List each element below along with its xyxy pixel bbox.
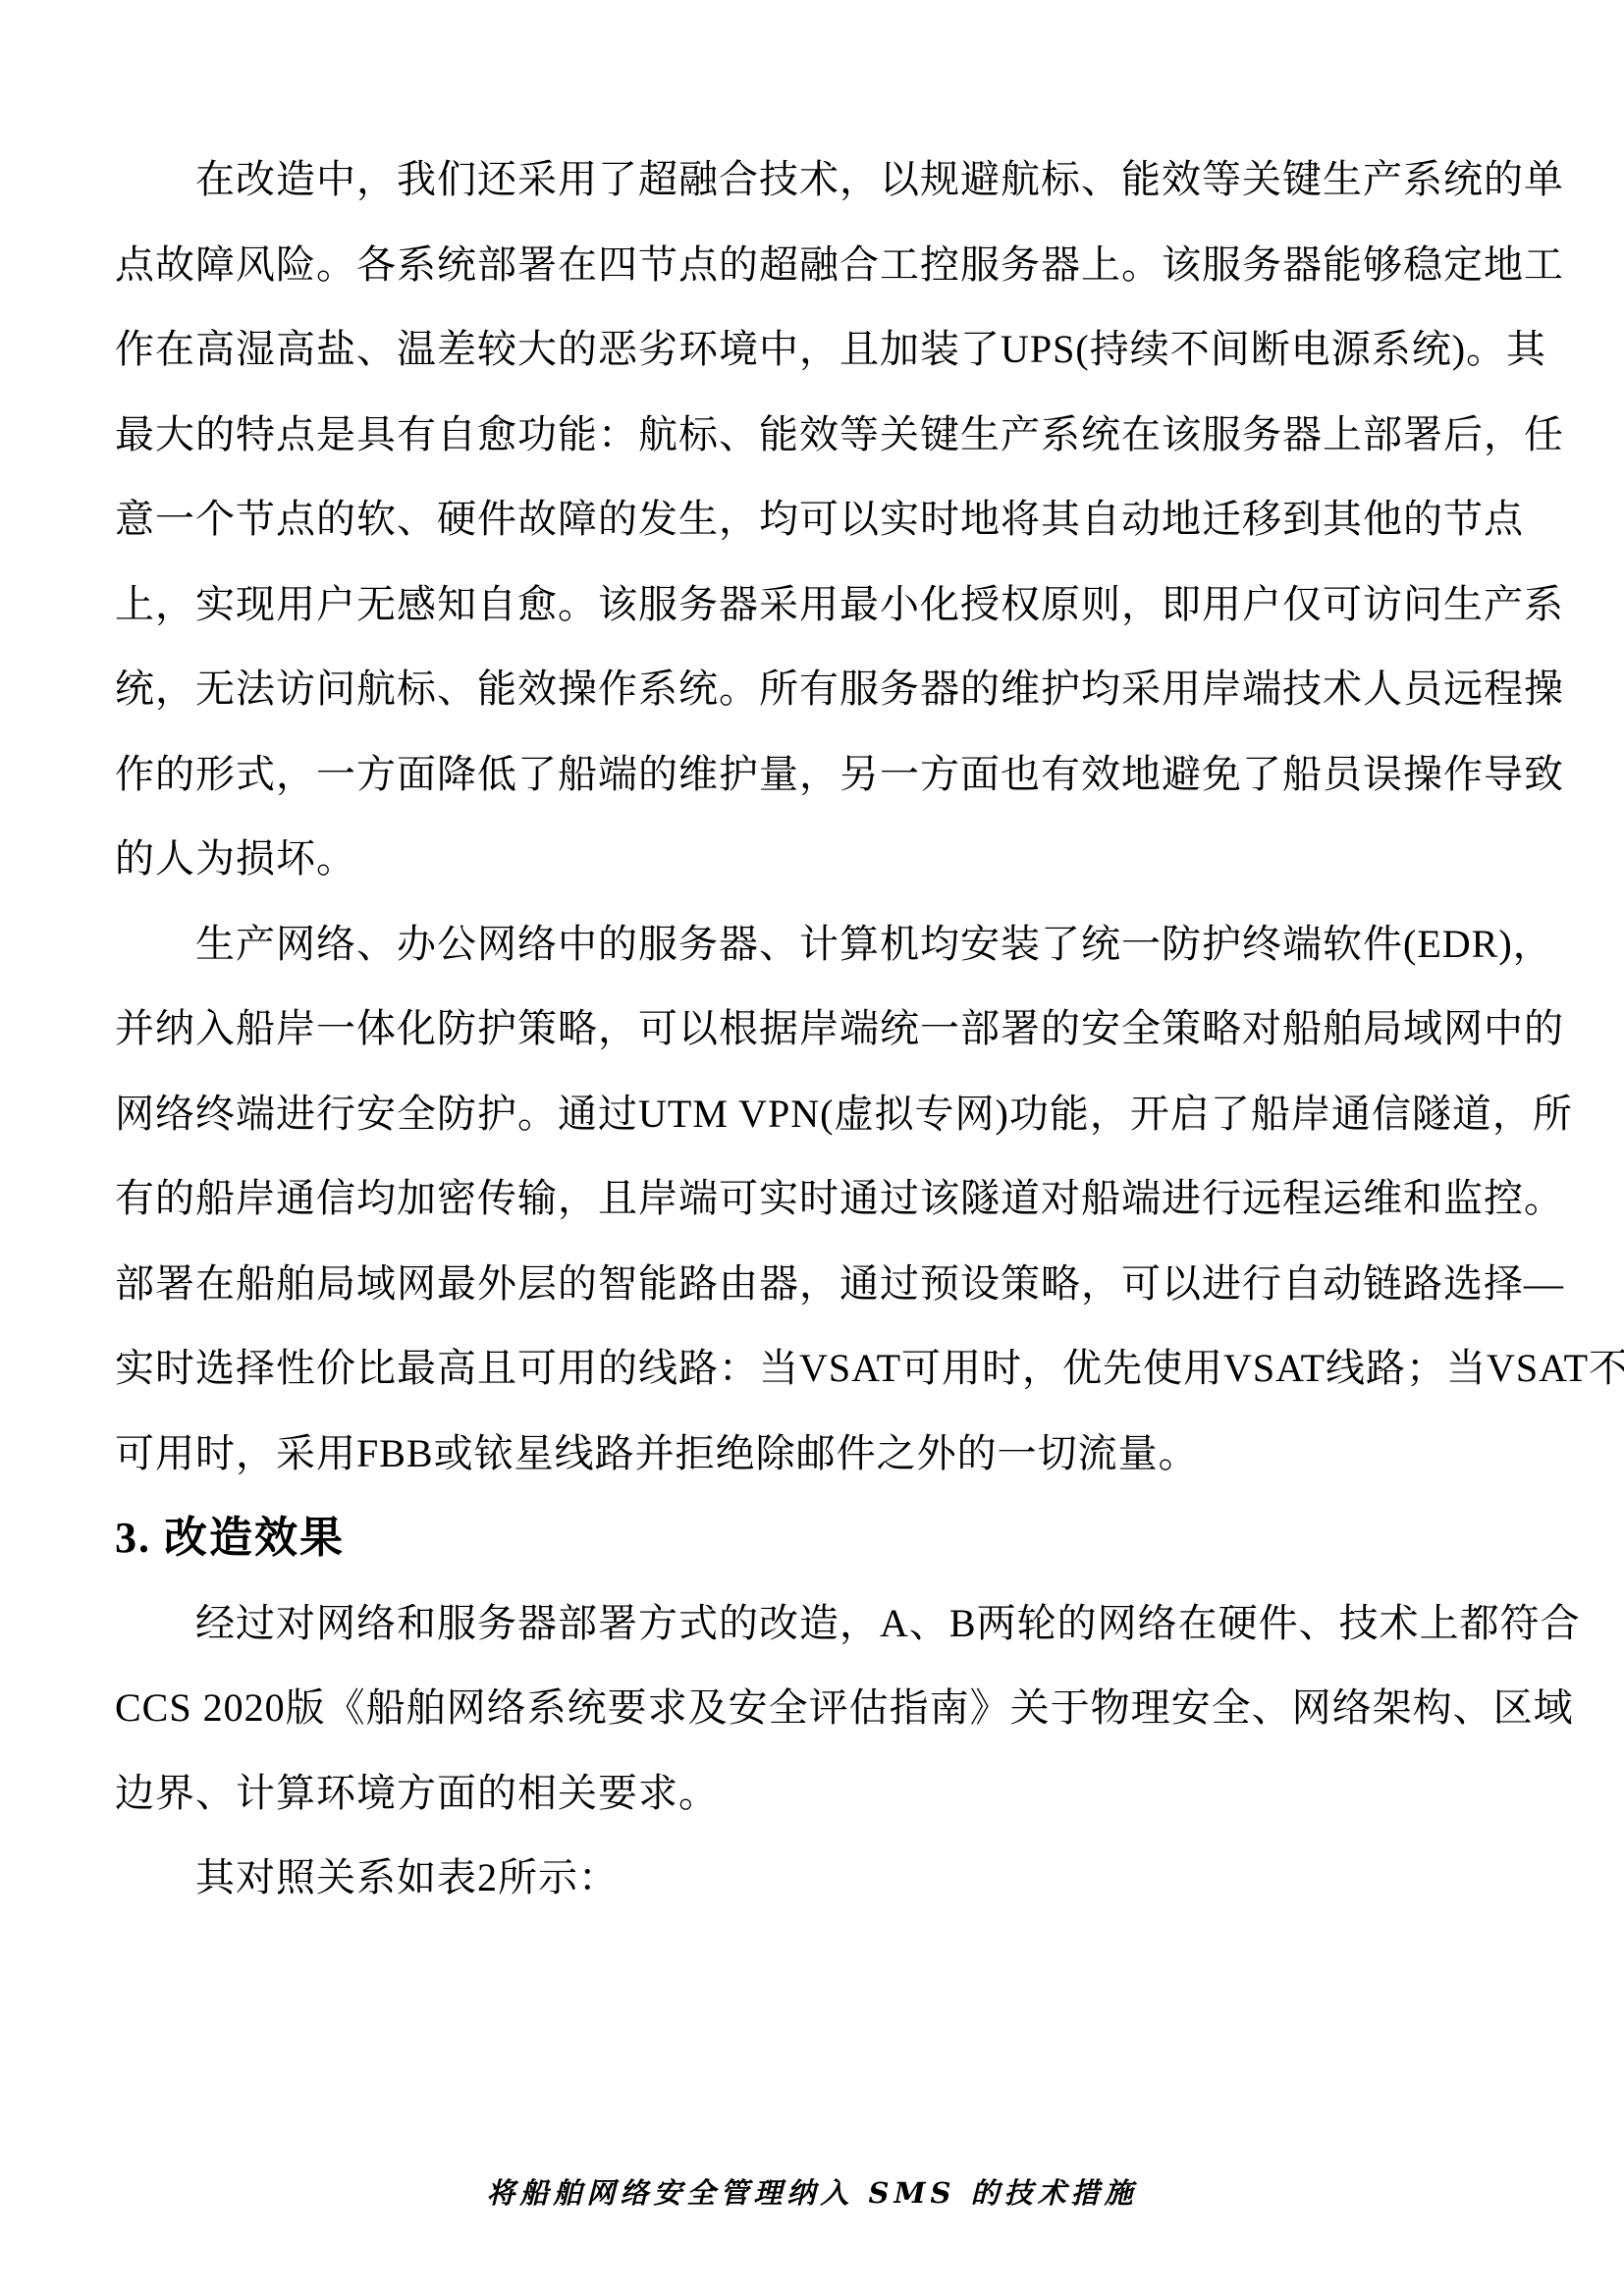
text-line: CCS 2020版《船舶网络系统要求及安全评估指南》关于物理安全、网络架构、区域 bbox=[115, 1666, 1513, 1751]
text-line: 可用时，采用FBB或铱星线路并拒绝除邮件之外的一切流量。 bbox=[115, 1412, 1513, 1497]
text-line: 在改造中，我们还采用了超融合技术，以规避航标、能效等关键生产系统的单 bbox=[115, 137, 1513, 223]
text-line: 统，无法访问航标、能效操作系统。所有服务器的维护均采用岸端技术人员远程操 bbox=[115, 647, 1513, 732]
text-line: 经过对网络和服务器部署方式的改造，A、B两轮的网络在硬件、技术上都符合 bbox=[115, 1581, 1513, 1667]
text-line: 的人为损坏。 bbox=[115, 817, 1513, 902]
text-line: 并纳入船岸一体化防护策略，可以根据岸端统一部署的安全策略对船舶局域网中的 bbox=[115, 987, 1513, 1072]
text-line: 作在高湿高盐、温差较大的恶劣环境中，且加装了UPS(持续不间断电源系统)。其 bbox=[115, 307, 1513, 393]
text-line: 意一个节点的软、硬件故障的发生，均可以实时地将其自动地迁移到其他的节点 bbox=[115, 477, 1513, 562]
section-heading: 3. 改造效果 bbox=[115, 1496, 1513, 1581]
text-line: 作的形式，一方面降低了船端的维护量，另一方面也有效地避免了船员误操作导致 bbox=[115, 732, 1513, 818]
text-line: 边界、计算环境方面的相关要求。 bbox=[115, 1751, 1513, 1837]
document-page: 在改造中，我们还采用了超融合技术，以规避航标、能效等关键生产系统的单点故障风险。… bbox=[0, 0, 1624, 2296]
text-line: 其对照关系如表2所示： bbox=[115, 1836, 1513, 1921]
text-line: 实时选择性价比最高且可用的线路：当VSAT可用时，优先使用VSAT线路；当VSA… bbox=[115, 1326, 1513, 1412]
text-line: 点故障风险。各系统部署在四节点的超融合工控服务器上。该服务器能够稳定地工 bbox=[115, 223, 1513, 308]
text-line: 有的船岸通信均加密传输，且岸端可实时通过该隧道对船端进行远程运维和监控。 bbox=[115, 1156, 1513, 1242]
page-footer: 将船舶网络安全管理纳入 SMS 的技术措施 bbox=[0, 2171, 1624, 2212]
text-line: 生产网络、办公网络中的服务器、计算机均安装了统一防护终端软件(EDR)， bbox=[115, 902, 1513, 988]
text-line: 上，实现用户无感知自愈。该服务器采用最小化授权原则，即用户仅可访问生产系 bbox=[115, 562, 1513, 648]
document-content: 在改造中，我们还采用了超融合技术，以规避航标、能效等关键生产系统的单点故障风险。… bbox=[115, 137, 1513, 1921]
text-line: 部署在船舶局域网最外层的智能路由器，通过预设策略，可以进行自动链路选择— bbox=[115, 1242, 1513, 1327]
text-line: 网络终端进行安全防护。通过UTM VPN(虚拟专网)功能，开启了船岸通信隧道，所 bbox=[115, 1072, 1513, 1157]
text-line: 最大的特点是具有自愈功能：航标、能效等关键生产系统在该服务器上部署后，任 bbox=[115, 393, 1513, 478]
